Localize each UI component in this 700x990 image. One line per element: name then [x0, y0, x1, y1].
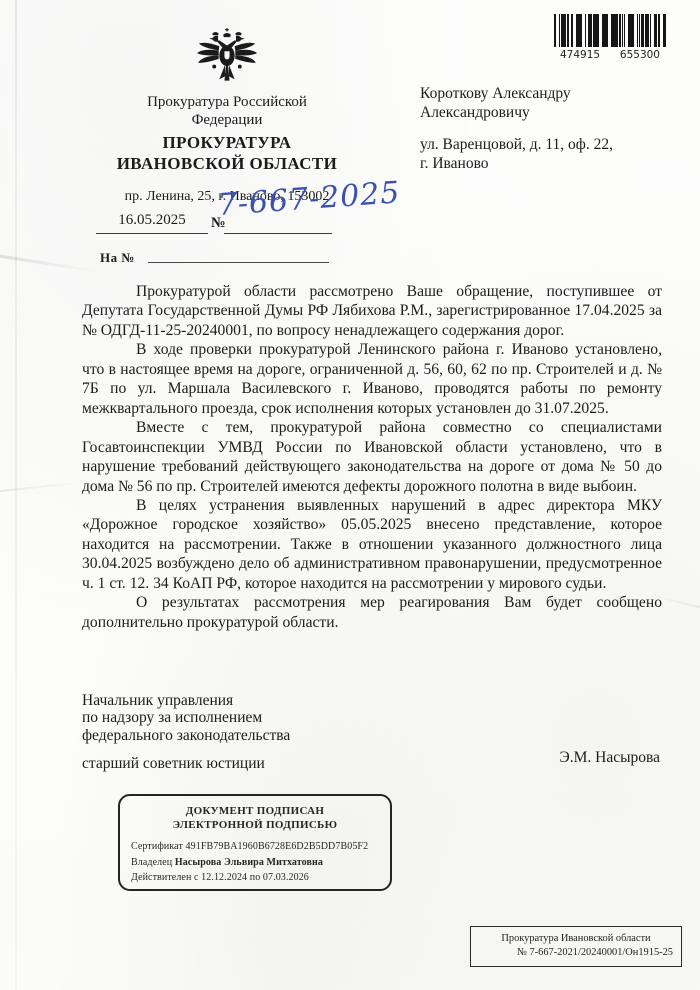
- letter-body: Прокуратурой области рассмотрено Ваше об…: [82, 282, 662, 632]
- signer-name: Э.М. Насырова: [559, 749, 660, 766]
- signer-position-line2: по надзору за исполнением: [82, 709, 662, 726]
- esign-validity-label: Действителен с: [131, 872, 199, 883]
- spacer: [420, 122, 670, 135]
- registry-org-name: Прокуратура Ивановской области: [477, 932, 675, 946]
- registry-stamp: Прокуратура Ивановской области № 7-667-2…: [470, 926, 682, 967]
- na-number-underline: [148, 262, 329, 263]
- barcode-digits-right: 655300: [620, 49, 660, 61]
- recipient-address-line1: ул. Варенцовой, д. 11, оф. 22,: [420, 135, 670, 154]
- paper-crease: [0, 481, 84, 492]
- esign-owner-label: Владелец: [131, 857, 172, 868]
- body-paragraph: О результатах рассмотрения мер реагирова…: [82, 593, 662, 632]
- body-paragraph: Вместе с тем, прокуратурой района совмес…: [82, 418, 662, 496]
- body-paragraph: Прокуратурой области рассмотрено Ваше об…: [82, 282, 662, 340]
- esign-title-line2: ЭЛЕКТРОННОЙ ПОДПИСЬЮ: [131, 818, 379, 832]
- esign-certificate-line: Сертификат 491FB79BA1960B6728E6D2B5DD7B0…: [131, 839, 379, 855]
- postal-barcode: 474915 655300: [552, 14, 668, 61]
- coat-of-arms-icon: [195, 28, 259, 86]
- esign-certificate-value: 491FB79BA1960B6728E6D2B5DD7B05F2: [186, 841, 369, 852]
- barcode-digits-left: 474915: [560, 49, 600, 61]
- scan-edge-shadow: [15, 0, 17, 990]
- esign-certificate-label: Сертификат: [131, 841, 183, 852]
- body-paragraph: В целях устранения выявленных нарушений …: [82, 496, 662, 593]
- signer-position-line1: Начальник управления: [82, 692, 662, 709]
- letterhead: Прокуратура Российской Федерации ПРОКУРА…: [88, 28, 366, 205]
- signer-position-line3: федерального законодательства: [82, 727, 662, 744]
- org-name-line1: Прокуратура Российской: [88, 94, 366, 112]
- esign-owner-line: Владелец Насырова Эльвира Митхатовна: [131, 855, 379, 871]
- number-underline: [224, 233, 332, 234]
- recipient-name-line1: Короткову Александру: [420, 84, 670, 103]
- electronic-signature-stamp: ДОКУМЕНТ ПОДПИСАН ЭЛЕКТРОННОЙ ПОДПИСЬЮ С…: [118, 794, 392, 891]
- org-title-line2: ИВАНОВСКОЙ ОБЛАСТИ: [88, 153, 366, 174]
- esign-validity-value: 12.12.2024 по 07.03.2026: [201, 872, 309, 883]
- recipient-name-line2: Александровичу: [420, 103, 670, 122]
- org-name-line2: Федерации: [88, 112, 366, 130]
- recipient-block: Короткову Александру Александровичу ул. …: [420, 84, 670, 173]
- org-title-line1: ПРОКУРАТУРА: [88, 132, 366, 153]
- esign-validity-line: Действителен с 12.12.2024 по 07.03.2026: [131, 870, 379, 886]
- letter-date: 16.05.2025: [96, 212, 208, 234]
- esign-title-line1: ДОКУМЕНТ ПОДПИСАН: [131, 804, 379, 818]
- body-paragraph: В ходе проверки прокуратурой Ленинского …: [82, 340, 662, 418]
- esign-owner-value: Насырова Эльвира Митхатовна: [175, 857, 323, 868]
- registry-number: № 7-667-2021/20240001/Он1915-25: [477, 946, 675, 960]
- barcode-bars-icon: [554, 14, 666, 47]
- signature-block: Начальник управления по надзору за испол…: [82, 692, 662, 773]
- recipient-address-line2: г. Иваново: [420, 154, 670, 173]
- na-number-label: На №: [100, 250, 135, 266]
- scanned-letter-page: Прокуратура Российской Федерации ПРОКУРА…: [0, 0, 700, 990]
